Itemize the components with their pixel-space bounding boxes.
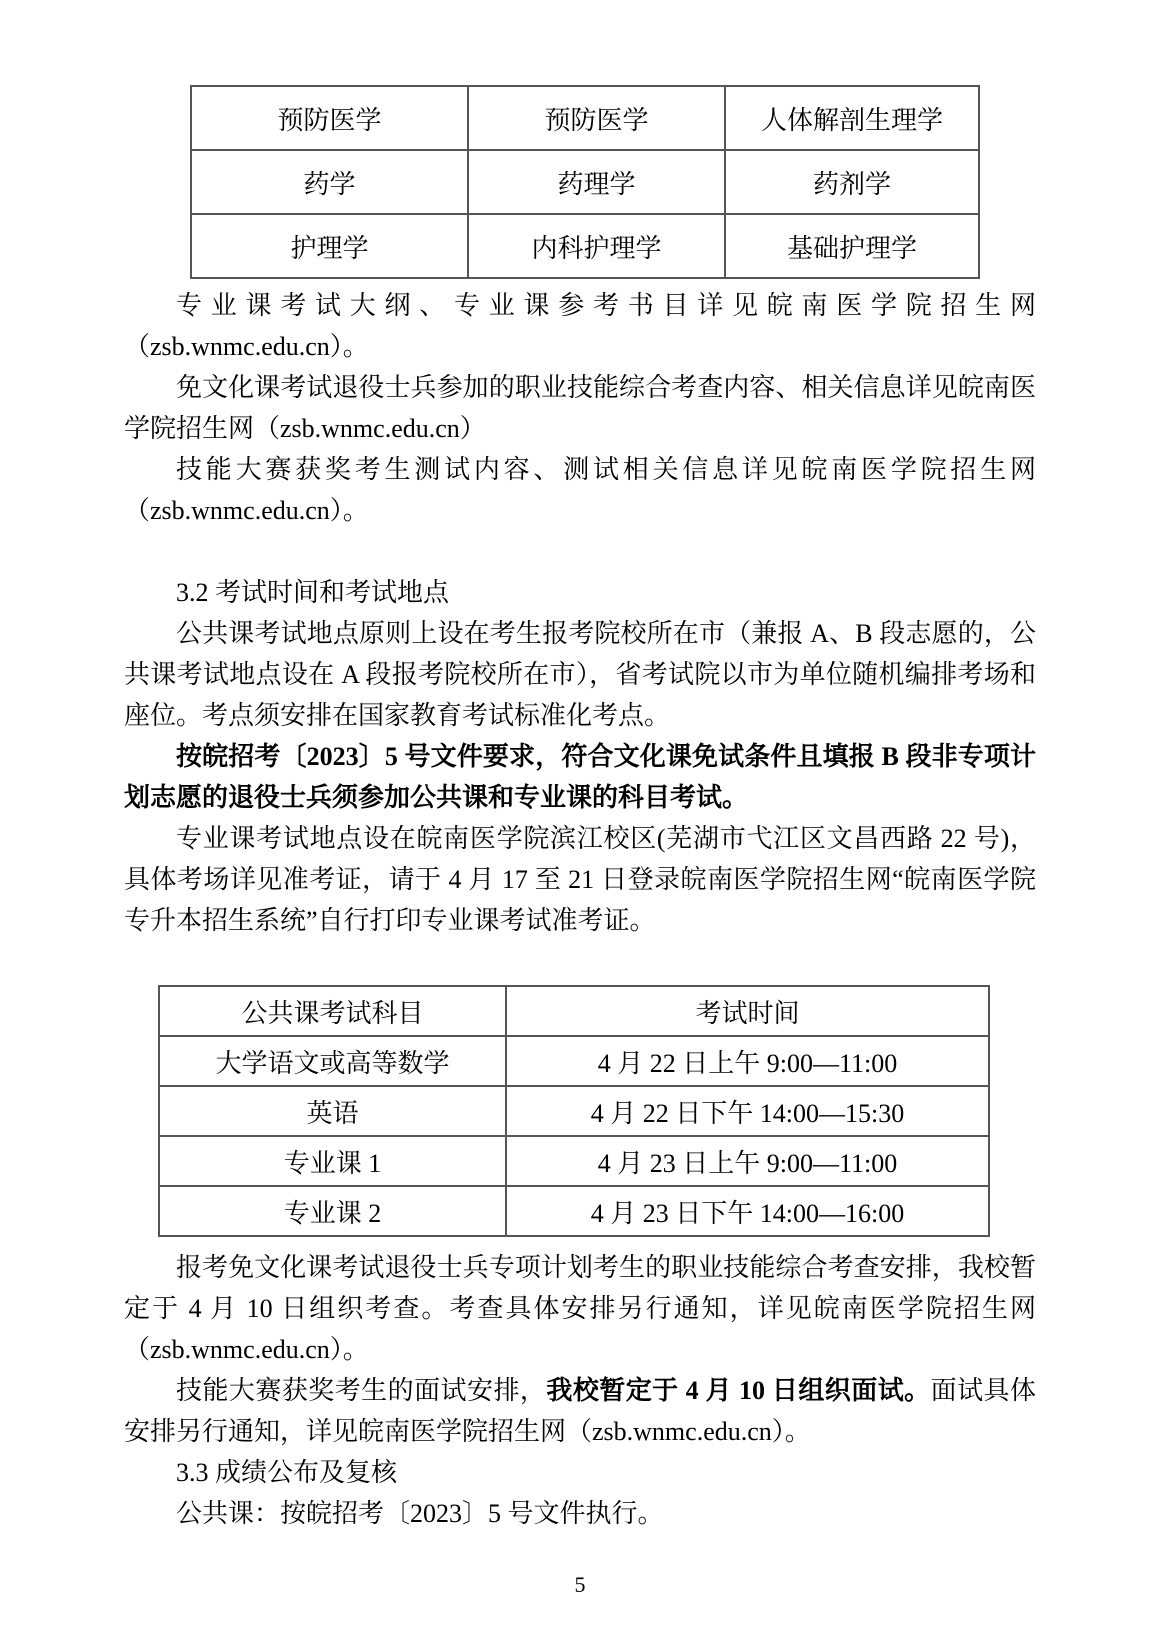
table-cell: 4 月 22 日下午 14:00—15:30 <box>506 1086 989 1136</box>
text-segment: 免文化课考试退役士兵参加的职业技能综合考查内容、相关信息详见皖南医 <box>176 373 1036 402</box>
paragraph-veteran-assessment: 报考免文化课考试退役士兵专项计划考生的职业技能综合考查安排，我校暂定于 4 月 … <box>124 1247 1036 1370</box>
text-line: （zsb.wnmc.edu.cn）。 <box>124 490 1036 531</box>
majors-table: 预防医学预防医学人体解剖生理学药学药理学药剂学护理学内科护理学基础护理学 <box>190 85 980 279</box>
text-segment: 公共课：按皖招考〔2023〕5 号文件执行。 <box>176 1499 664 1528</box>
text-line: 技能大赛获奖考生测试内容、测试相关信息详见皖南医学院招生网 <box>124 449 1036 490</box>
text-segment: 具体考场详见准考证，请于 4 月 17 至 21 日登录皖南医学院招生网“皖南医… <box>124 865 1036 894</box>
table-row: 大学语文或高等数学4 月 22 日上午 9:00—11:00 <box>159 1036 989 1086</box>
table-cell: 4 月 22 日上午 9:00—11:00 <box>506 1036 989 1086</box>
section-heading-line: 3.2 考试时间和考试地点 <box>124 572 1036 613</box>
table-row: 公共课考试科目考试时间 <box>159 986 989 1036</box>
text-segment: 共课考试地点设在 A 段报考院校所在市），省考试院以市为单位随机编排考场和 <box>124 660 1036 689</box>
text-line: 专升本招生系统”自行打印专业课考试准考证。 <box>124 900 1036 941</box>
table-header-cell: 考试时间 <box>506 986 989 1036</box>
text-segment: 座位。考点须安排在国家教育考试标准化考点。 <box>124 701 670 730</box>
paragraph-skill-contest: 技能大赛获奖考生测试内容、测试相关信息详见皖南医学院招生网（zsb.wnmc.e… <box>124 449 1036 531</box>
text-segment: 面试具体 <box>931 1376 1036 1405</box>
table-cell: 大学语文或高等数学 <box>159 1036 506 1086</box>
text-line: （zsb.wnmc.edu.cn）。 <box>124 326 1036 367</box>
document-content: 预防医学预防医学人体解剖生理学药学药理学药剂学护理学内科护理学基础护理学专业课考… <box>124 85 1036 1534</box>
table-cell: 内科护理学 <box>468 214 725 278</box>
text-line: 技能大赛获奖考生的面试安排，我校暂定于 4 月 10 日组织面试。面试具体 <box>124 1370 1036 1411</box>
text-segment: 3.3 成绩公布及复核 <box>176 1458 397 1487</box>
bold-text-segment: 按皖招考〔2023〕5 号文件要求，符合文化课免试条件且填报 B 段非专项计 <box>176 742 1036 771</box>
text-segment: 安排另行通知，详见皖南医学院招生网（zsb.wnmc.edu.cn）。 <box>124 1417 811 1446</box>
text-line: 具体考场详见准考证，请于 4 月 17 至 21 日登录皖南医学院招生网“皖南医… <box>124 859 1036 900</box>
text-line: 报考免文化课考试退役士兵专项计划考生的职业技能综合考查安排，我校暂 <box>124 1247 1036 1288</box>
text-segment: 定于 4 月 10 日组织考查。考查具体安排另行通知，详见皖南医学院招生网 <box>124 1294 1036 1323</box>
table-row: 药学药理学药剂学 <box>191 150 979 214</box>
table-row: 预防医学预防医学人体解剖生理学 <box>191 86 979 150</box>
section-heading-3-3: 3.3 成绩公布及复核 <box>124 1452 1036 1493</box>
table-cell: 4 月 23 日上午 9:00—11:00 <box>506 1136 989 1186</box>
table-cell: 基础护理学 <box>725 214 979 278</box>
text-line: 学院招生网（zsb.wnmc.edu.cn） <box>124 408 1036 449</box>
table-cell: 人体解剖生理学 <box>725 86 979 150</box>
text-line: 共课考试地点设在 A 段报考院校所在市），省考试院以市为单位随机编排考场和 <box>124 654 1036 695</box>
text-segment: 专业课考试地点设在皖南医学院滨江校区(芜湖市弋江区文昌西路 22 号)， <box>176 824 1036 853</box>
table-row: 英语4 月 22 日下午 14:00—15:30 <box>159 1086 989 1136</box>
text-line: 公共课：按皖招考〔2023〕5 号文件执行。 <box>124 1493 1036 1534</box>
exam-schedule-table: 公共课考试科目考试时间大学语文或高等数学4 月 22 日上午 9:00—11:0… <box>158 985 990 1237</box>
text-segment: 专升本招生系统”自行打印专业课考试准考证。 <box>124 906 656 935</box>
table-cell: 预防医学 <box>468 86 725 150</box>
bold-text-segment: 我校暂定于 4 月 10 日组织面试。 <box>546 1376 930 1405</box>
text-line: 公共课考试地点原则上设在考生报考院校所在市（兼报 A、B 段志愿的，公 <box>124 613 1036 654</box>
document-page: 预防医学预防医学人体解剖生理学药学药理学药剂学护理学内科护理学基础护理学专业课考… <box>0 0 1160 1650</box>
section-heading-3-2: 3.2 考试时间和考试地点 <box>124 572 1036 613</box>
table-row: 护理学内科护理学基础护理学 <box>191 214 979 278</box>
table-cell: 药学 <box>191 150 468 214</box>
text-line: 划志愿的退役士兵须参加公共课和专业课的科目考试。 <box>124 777 1036 818</box>
table-cell: 预防医学 <box>191 86 468 150</box>
table-cell: 护理学 <box>191 214 468 278</box>
table-cell: 专业课 2 <box>159 1186 506 1236</box>
paragraph-public-exam-location: 公共课考试地点原则上设在考生报考院校所在市（兼报 A、B 段志愿的，公共课考试地… <box>124 613 1036 736</box>
paragraph-exempt-exam: 免文化课考试退役士兵参加的职业技能综合考查内容、相关信息详见皖南医学院招生网（z… <box>124 367 1036 449</box>
table-cell: 专业课 1 <box>159 1136 506 1186</box>
text-line: 按皖招考〔2023〕5 号文件要求，符合文化课免试条件且填报 B 段非专项计 <box>124 736 1036 777</box>
table-header-cell: 公共课考试科目 <box>159 986 506 1036</box>
page-number: 5 <box>0 1570 1160 1600</box>
paragraph-public-score: 公共课：按皖招考〔2023〕5 号文件执行。 <box>124 1493 1036 1534</box>
paragraph-syllabus: 专业课考试大纲、专业课参考书目详见皖南医学院招生网（zsb.wnmc.edu.c… <box>124 285 1036 367</box>
table-cell: 药理学 <box>468 150 725 214</box>
text-line: 专业课考试地点设在皖南医学院滨江校区(芜湖市弋江区文昌西路 22 号)， <box>124 818 1036 859</box>
text-line: 免文化课考试退役士兵参加的职业技能综合考查内容、相关信息详见皖南医 <box>124 367 1036 408</box>
text-segment: 专业课考试大纲、专业课参考书目详见皖南医学院招生网 <box>176 291 1036 320</box>
text-line: 安排另行通知，详见皖南医学院招生网（zsb.wnmc.edu.cn）。 <box>124 1411 1036 1452</box>
text-segment: （zsb.wnmc.edu.cn）。 <box>124 1335 369 1364</box>
text-segment: 公共课考试地点原则上设在考生报考院校所在市（兼报 A、B 段志愿的，公 <box>176 619 1036 648</box>
text-line: 座位。考点须安排在国家教育考试标准化考点。 <box>124 695 1036 736</box>
bold-text-segment: 划志愿的退役士兵须参加公共课和专业课的科目考试。 <box>124 783 748 812</box>
text-line: （zsb.wnmc.edu.cn）。 <box>124 1329 1036 1370</box>
table-row: 专业课 24 月 23 日下午 14:00—16:00 <box>159 1186 989 1236</box>
text-segment: 报考免文化课考试退役士兵专项计划考生的职业技能综合考查安排，我校暂 <box>176 1253 1036 1282</box>
table-row: 专业课 14 月 23 日上午 9:00—11:00 <box>159 1136 989 1186</box>
text-segment: 技能大赛获奖考生测试内容、测试相关信息详见皖南医学院招生网 <box>176 455 1036 484</box>
text-segment: （zsb.wnmc.edu.cn）。 <box>124 496 369 525</box>
text-segment: （zsb.wnmc.edu.cn）。 <box>124 332 369 361</box>
text-segment: 技能大赛获奖考生的面试安排， <box>176 1376 546 1405</box>
text-line: 定于 4 月 10 日组织考查。考查具体安排另行通知，详见皖南医学院招生网 <box>124 1288 1036 1329</box>
table-cell: 4 月 23 日下午 14:00—16:00 <box>506 1186 989 1236</box>
text-line: 专业课考试大纲、专业课参考书目详见皖南医学院招生网 <box>124 285 1036 326</box>
paragraph-major-exam-location: 专业课考试地点设在皖南医学院滨江校区(芜湖市弋江区文昌西路 22 号)，具体考场… <box>124 818 1036 941</box>
paragraph-policy-bold: 按皖招考〔2023〕5 号文件要求，符合文化课免试条件且填报 B 段非专项计划志… <box>124 736 1036 818</box>
table-cell: 英语 <box>159 1086 506 1136</box>
section-heading-line: 3.3 成绩公布及复核 <box>124 1452 1036 1493</box>
text-segment: 3.2 考试时间和考试地点 <box>176 578 449 607</box>
paragraph-interview: 技能大赛获奖考生的面试安排，我校暂定于 4 月 10 日组织面试。面试具体安排另… <box>124 1370 1036 1452</box>
text-segment: 学院招生网（zsb.wnmc.edu.cn） <box>124 414 486 443</box>
table-cell: 药剂学 <box>725 150 979 214</box>
